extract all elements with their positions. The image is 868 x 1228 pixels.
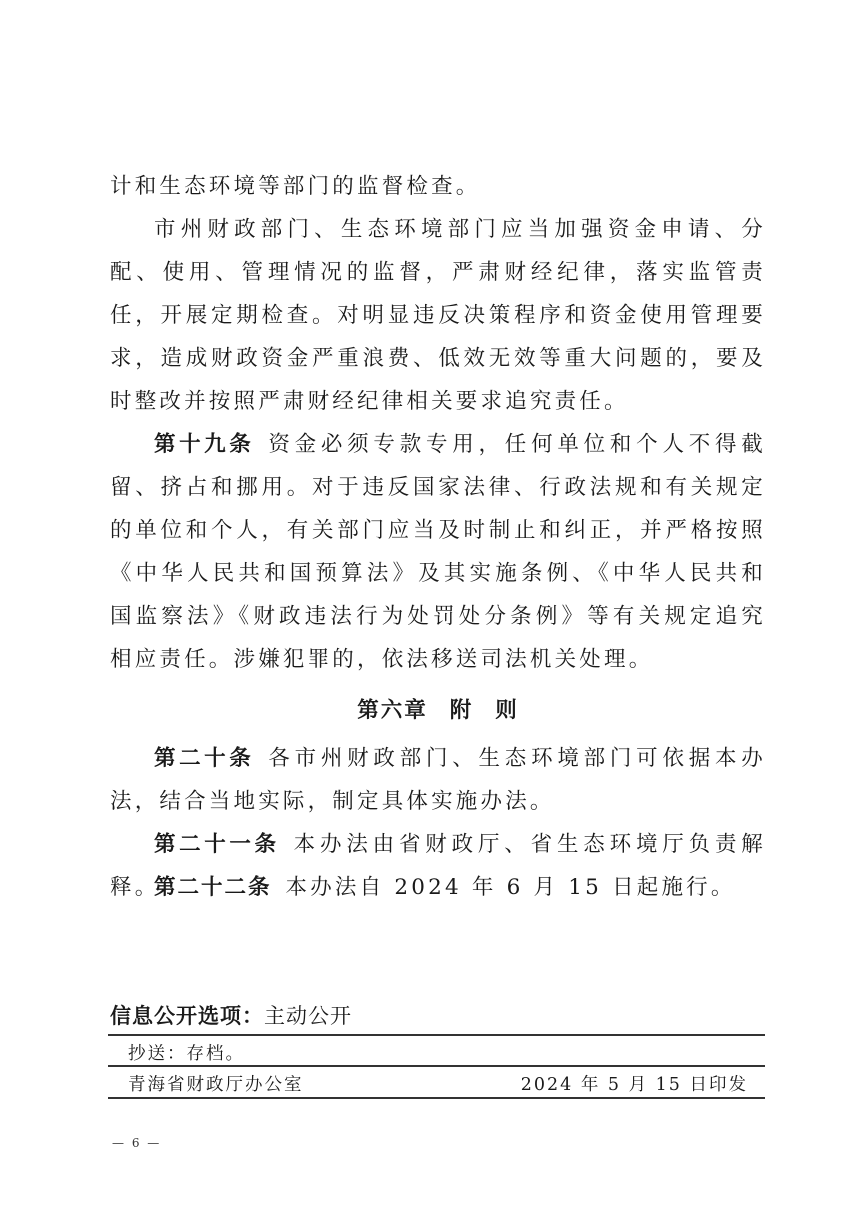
divider-middle (108, 1065, 765, 1067)
chapter-heading: 第六章附则 (110, 693, 766, 724)
chapter-number: 第六章 (357, 698, 428, 723)
info-disclosure: 信息公开选项：主动公开 (110, 1000, 352, 1030)
article-number: 第二十二条 (154, 875, 272, 900)
cc-row: 抄送：存档。 (128, 1040, 748, 1065)
chapter-title-2: 则 (495, 698, 519, 723)
paragraph-supervision: 市州财政部门、生态环境部门应当加强资金申请、分配、使用、管理情况的监督，严肃财经… (110, 208, 766, 423)
issuer-row: 青海省财政厅办公室 2024 年 5 月 15 日印发 (128, 1071, 748, 1096)
issue-date: 2024 年 5 月 15 日印发 (521, 1071, 748, 1096)
info-disclosure-value: 主动公开 (264, 1004, 352, 1028)
paragraph-text: 计和生态环境等部门的监督检查。 (110, 174, 481, 199)
article-number: 第二十一条 (154, 832, 280, 857)
divider-bottom (108, 1097, 765, 1099)
info-disclosure-label: 信息公开选项： (110, 1004, 264, 1028)
article-number: 第二十条 (154, 746, 254, 771)
article-22: 第二十二条本办法自 2024 年 6 月 15 日起施行。 (110, 866, 766, 909)
article-number: 第十九条 (154, 432, 254, 457)
divider-top (108, 1034, 765, 1036)
article-20: 第二十条各市州财政部门、生态环境部门可依据本办法，结合当地实际，制定具体实施办法… (110, 737, 766, 823)
article-19: 第十九条资金必须专款专用，任何单位和个人不得截留、挤占和挪用。对于违反国家法律、… (110, 423, 766, 681)
document-page: 计和生态环境等部门的监督检查。 市州财政部门、生态环境部门应当加强资金申请、分配… (0, 0, 868, 1228)
paragraph-continuation: 计和生态环境等部门的监督检查。 (110, 165, 766, 208)
paragraph-text: 市州财政部门、生态环境部门应当加强资金申请、分配、使用、管理情况的监督，严肃财经… (110, 217, 766, 414)
issuer-name: 青海省财政厅办公室 (128, 1075, 304, 1095)
article-text: 资金必须专款专用，任何单位和个人不得截留、挤占和挪用。对于违反国家法律、行政法规… (110, 432, 766, 672)
chapter-title-1: 附 (450, 698, 474, 723)
page-number: — 6 — (112, 1136, 161, 1150)
article-text: 本办法自 2024 年 6 月 15 日起施行。 (286, 875, 736, 900)
cc-text: 抄送：存档。 (128, 1044, 245, 1064)
